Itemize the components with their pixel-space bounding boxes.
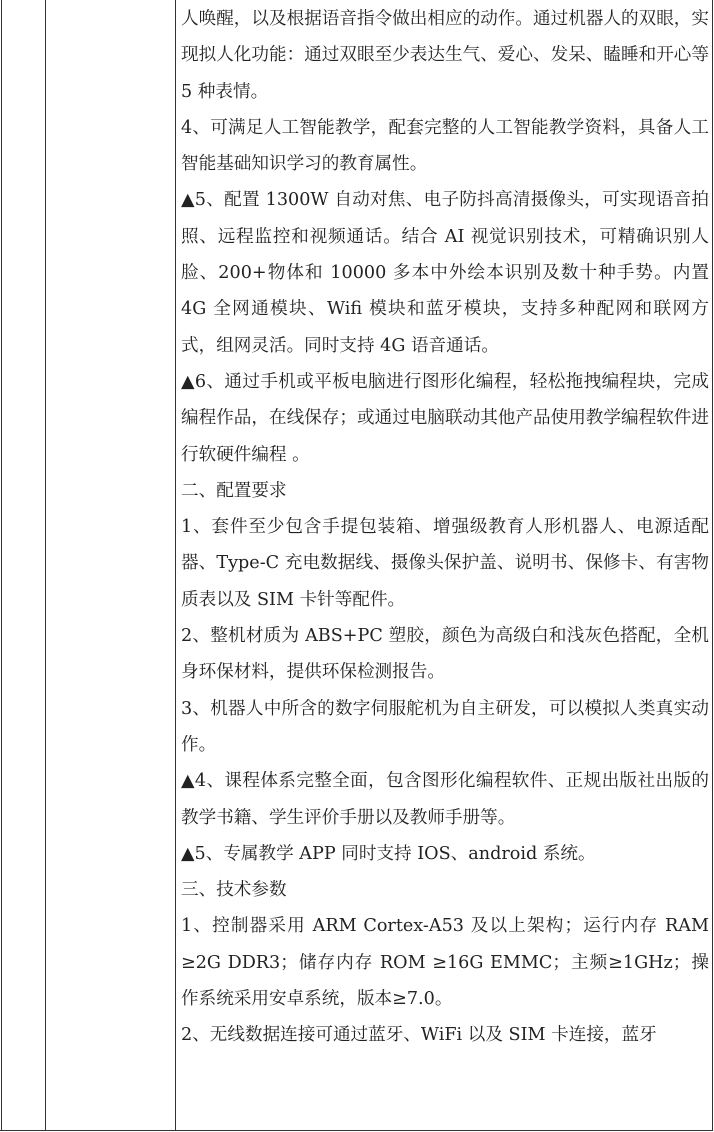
table-border-bottom [0,1130,713,1131]
spec-paragraph: 4、可满足人工智能教学，配套完整的人工智能教学资料，具备人工智能基础知识学习的教… [181,110,709,183]
table-border-right [712,0,713,1131]
spec-paragraph: ▲4、课程体系完整全面，包含图形化编程软件、正规出版社出版的教学书籍、学生评价手… [181,763,709,836]
spec-paragraph: 人唤醒，以及根据语音指令做出相应的动作。通过机器人的双眼，实现拟人化功能：通过双… [181,1,709,110]
table-border-left [1,0,2,1131]
column-divider-1 [45,0,46,1131]
spec-paragraph: ▲5、配置 1300W 自动对焦、电子防抖高清摄像头，可实现语音拍照、远程监控和… [181,182,709,363]
spec-paragraph: ▲6、通过手机或平板电脑进行图形化编程，轻松拖拽编程块，完成编程作品，在线保存；… [181,364,709,473]
spec-paragraph: ▲5、专属教学 APP 同时支持 IOS、android 系统。 [181,836,709,872]
spec-table: 人唤醒，以及根据语音指令做出相应的动作。通过机器人的双眼，实现拟人化功能：通过双… [0,0,714,1132]
column-divider-2 [175,0,176,1131]
section-heading: 二、配置要求 [181,473,709,509]
spec-paragraph: 2、整机材质为 ABS+PC 塑胶，颜色为高级白和浅灰色搭配，全机身环保材料，提… [181,618,709,691]
spec-paragraph: 1、套件至少包含手提包装箱、增强级教育人形机器人、电源适配器、Type-C 充电… [181,509,709,618]
spec-paragraph: 1、控制器采用 ARM Cortex-A53 及以上架构；运行内存 RAM ≥2… [181,908,709,1017]
spec-paragraph: 3、机器人中所含的数字伺服舵机为自主研发，可以模拟人类真实动作。 [181,691,709,764]
section-heading: 三、技术参数 [181,872,709,908]
spec-paragraph: 2、无线数据连接可通过蓝牙、WiFi 以及 SIM 卡连接，蓝牙 [181,1017,709,1053]
spec-cell: 人唤醒，以及根据语音指令做出相应的动作。通过机器人的双眼，实现拟人化功能：通过双… [181,0,709,1054]
